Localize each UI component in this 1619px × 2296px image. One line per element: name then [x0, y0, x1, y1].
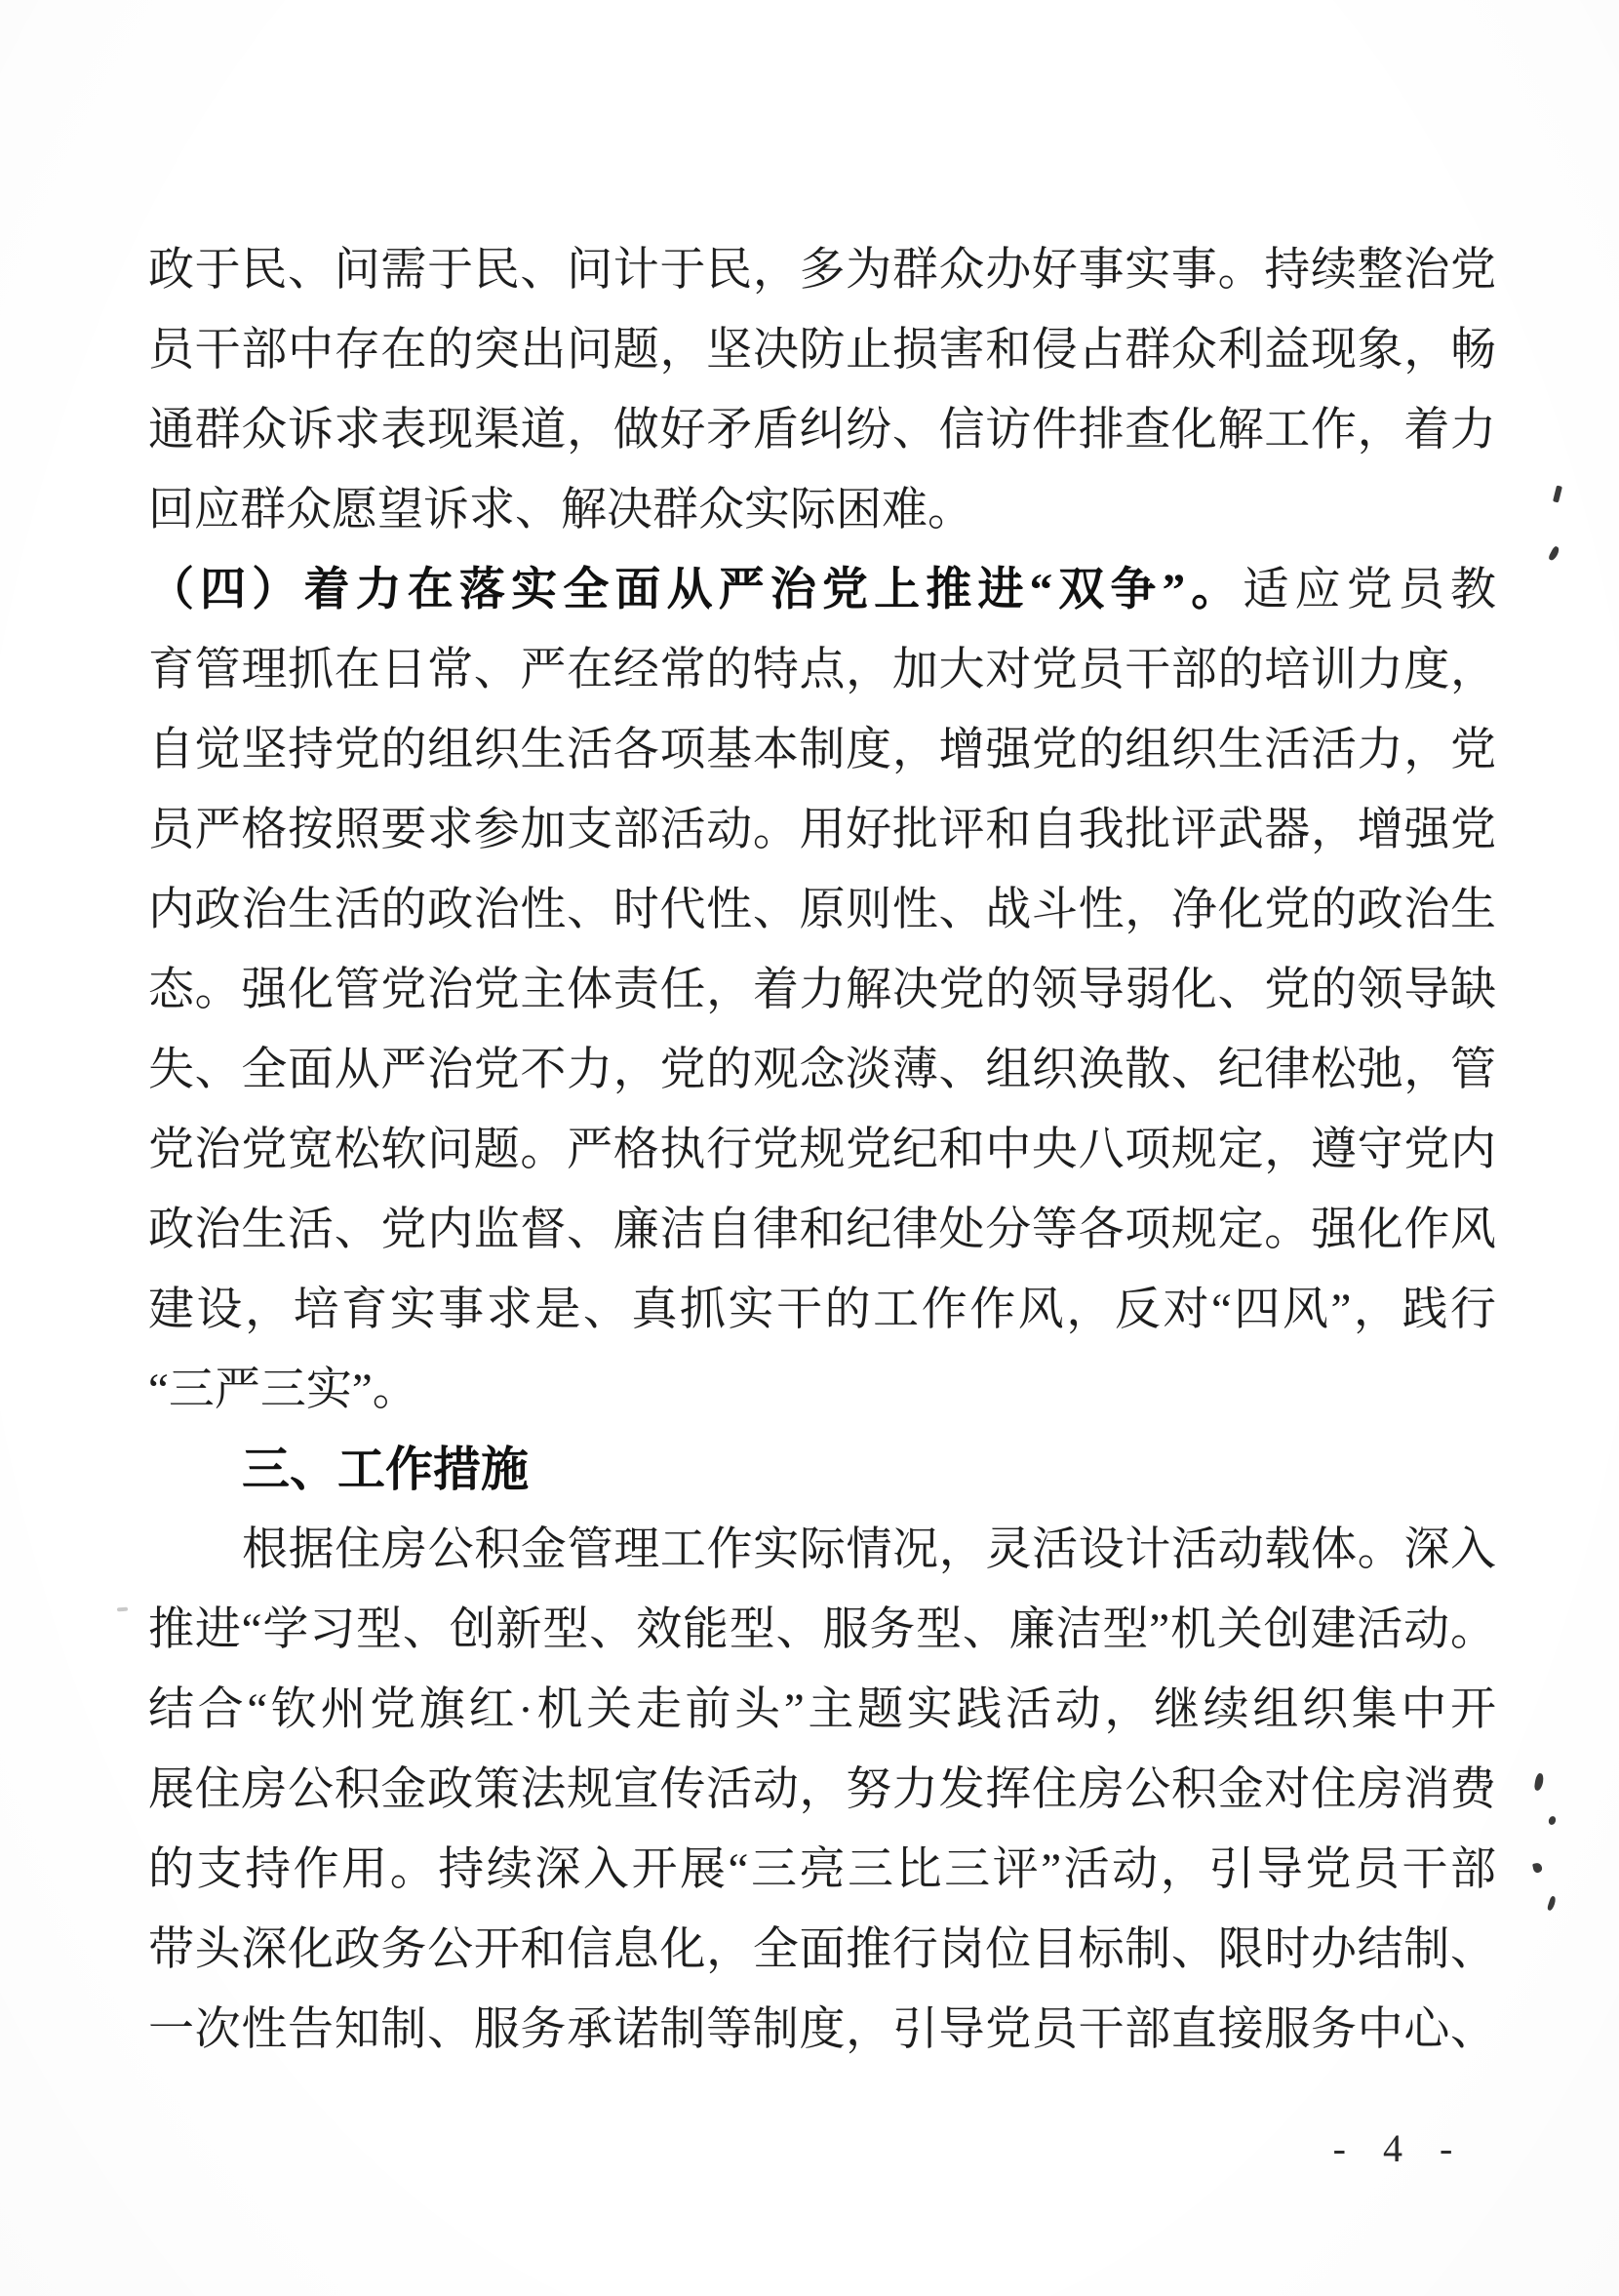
body-text-segment: 回应群众愿望诉求、解决群众实际困难。: [148, 485, 973, 535]
text-line: 态。强化管党治党主体责任，着力解决党的领导弱化、党的领导缺: [148, 950, 1496, 1030]
body-text-segment: 内政治生活的政治性、时代性、原则性、战斗性，净化党的政治生: [148, 885, 1496, 935]
body-text-segment: 育管理抓在日常、严在经常的特点，加大对党员干部的培训力度，: [148, 645, 1496, 695]
text-line: 育管理抓在日常、严在经常的特点，加大对党员干部的培训力度，: [148, 630, 1496, 710]
body-text-segment: 一次性告知制、服务承诺制等制度，引导党员干部直接服务中心、: [148, 2004, 1496, 2055]
body-text-segment: 通群众诉求表现渠道，做好矛盾纠纷、信访件排查化解工作，着力: [148, 405, 1496, 455]
body-text-segment: 党治党宽松软问题。严格执行党规党纪和中央八项规定，遵守党内: [148, 1125, 1496, 1175]
body-text-segment: 的支持作用。持续深入开展“三亮三比三评”活动，引导党员干部: [148, 1844, 1496, 1895]
body-text-segment: 展住房公积金政策法规宣传活动，努力发挥住房公积金对住房消费: [148, 1764, 1496, 1815]
body-text-segment: 态。强化管党治党主体责任，着力解决党的领导弱化、党的领导缺: [148, 965, 1496, 1015]
bold-text-segment: 三、工作措施: [242, 1444, 529, 1496]
body-text-segment: 结合“钦州党旗红·机关走前头”主题实践活动，继续组织集中开: [148, 1684, 1496, 1735]
scan-artifact: [1548, 1815, 1558, 1826]
text-line: “三严三实”。: [148, 1350, 1496, 1430]
text-line: 员干部中存在的突出问题，坚决防止损害和侵占群众利益现象，畅: [148, 310, 1496, 390]
scan-artifact: [1547, 1895, 1557, 1911]
scan-artifact: [1533, 1772, 1544, 1791]
text-line: 回应群众愿望诉求、解决群众实际困难。: [148, 470, 1496, 550]
scan-artifact: [1553, 486, 1562, 503]
text-line: 带头深化政务公开和信息化，全面推行岗位目标制、限时办结制、: [148, 1910, 1496, 1990]
body-text-segment: 建设，培育实事求是、真抓实干的工作作风，反对“四风”，践行: [148, 1285, 1496, 1335]
text-line: 建设，培育实事求是、真抓实干的工作作风，反对“四风”，践行: [148, 1270, 1496, 1350]
text-line: 党治党宽松软问题。严格执行党规党纪和中央八项规定，遵守党内: [148, 1110, 1496, 1190]
scanned-document-page: 政于民、问需于民、问计于民，多为群众办好事实事。持续整治党员干部中存在的突出问题…: [0, 0, 1619, 2296]
text-line: 失、全面从严治党不力，党的观念淡薄、组织涣散、纪律松弛，管: [148, 1030, 1496, 1110]
body-text-segment: 自觉坚持党的组织生活各项基本制度，增强党的组织生活活力，党: [148, 725, 1496, 775]
body-text-segment: “三严三实”。: [148, 1365, 418, 1415]
text-line: 结合“钦州党旗红·机关走前头”主题实践活动，继续组织集中开: [148, 1670, 1496, 1750]
body-text-segment: 推进“学习型、创新型、效能型、服务型、廉洁型”机关创建活动。: [148, 1604, 1496, 1655]
body-text-segment: 政于民、问需于民、问计于民，多为群众办好事实事。持续整治党: [148, 245, 1496, 296]
body-text-segment: 适应党员教: [1243, 565, 1496, 615]
bold-text-segment: （四）着力在落实全面从严治党上推进“双争”。: [148, 565, 1243, 615]
body-text-segment: 根据住房公积金管理工作实际情况，灵活设计活动载体。深入: [242, 1524, 1496, 1575]
text-line: 政治生活、党内监督、廉洁自律和纪律处分等各项规定。强化作风: [148, 1190, 1496, 1270]
scan-artifact: [117, 1607, 128, 1612]
page-number: - 4 -: [1287, 2124, 1512, 2173]
text-line: 的支持作用。持续深入开展“三亮三比三评”活动，引导党员干部: [148, 1830, 1496, 1910]
text-line: 政于民、问需于民、问计于民，多为群众办好事实事。持续整治党: [148, 230, 1496, 310]
body-text-segment: 政治生活、党内监督、廉洁自律和纪律处分等各项规定。强化作风: [148, 1205, 1496, 1255]
text-block: 政于民、问需于民、问计于民，多为群众办好事实事。持续整治党员干部中存在的突出问题…: [148, 230, 1496, 2070]
text-line: 推进“学习型、创新型、效能型、服务型、廉洁型”机关创建活动。: [148, 1590, 1496, 1670]
section-heading: 三、工作措施: [148, 1430, 1496, 1510]
body-text-segment: 失、全面从严治党不力，党的观念淡薄、组织涣散、纪律松弛，管: [148, 1045, 1496, 1095]
scan-artifact: [1548, 545, 1560, 562]
text-line: 展住房公积金政策法规宣传活动，努力发挥住房公积金对住房消费: [148, 1750, 1496, 1830]
body-text-segment: 员严格按照要求参加支部活动。用好批评和自我批评武器，增强党: [148, 805, 1496, 855]
text-line: 内政治生活的政治性、时代性、原则性、战斗性，净化党的政治生: [148, 870, 1496, 950]
text-line: 员严格按照要求参加支部活动。用好批评和自我批评武器，增强党: [148, 790, 1496, 870]
text-line: （四）着力在落实全面从严治党上推进“双争”。适应党员教: [148, 550, 1496, 630]
text-line: 根据住房公积金管理工作实际情况，灵活设计活动载体。深入: [148, 1510, 1496, 1590]
text-line: 一次性告知制、服务承诺制等制度，引导党员干部直接服务中心、: [148, 1990, 1496, 2070]
body-text-segment: 带头深化政务公开和信息化，全面推行岗位目标制、限时办结制、: [148, 1924, 1496, 1975]
text-line: 自觉坚持党的组织生活各项基本制度，增强党的组织生活活力，党: [148, 710, 1496, 790]
text-line: 通群众诉求表现渠道，做好矛盾纠纷、信访件排查化解工作，着力: [148, 390, 1496, 470]
body-text-segment: 员干部中存在的突出问题，坚决防止损害和侵占群众利益现象，畅: [148, 325, 1496, 376]
scan-artifact: [1532, 1862, 1543, 1874]
